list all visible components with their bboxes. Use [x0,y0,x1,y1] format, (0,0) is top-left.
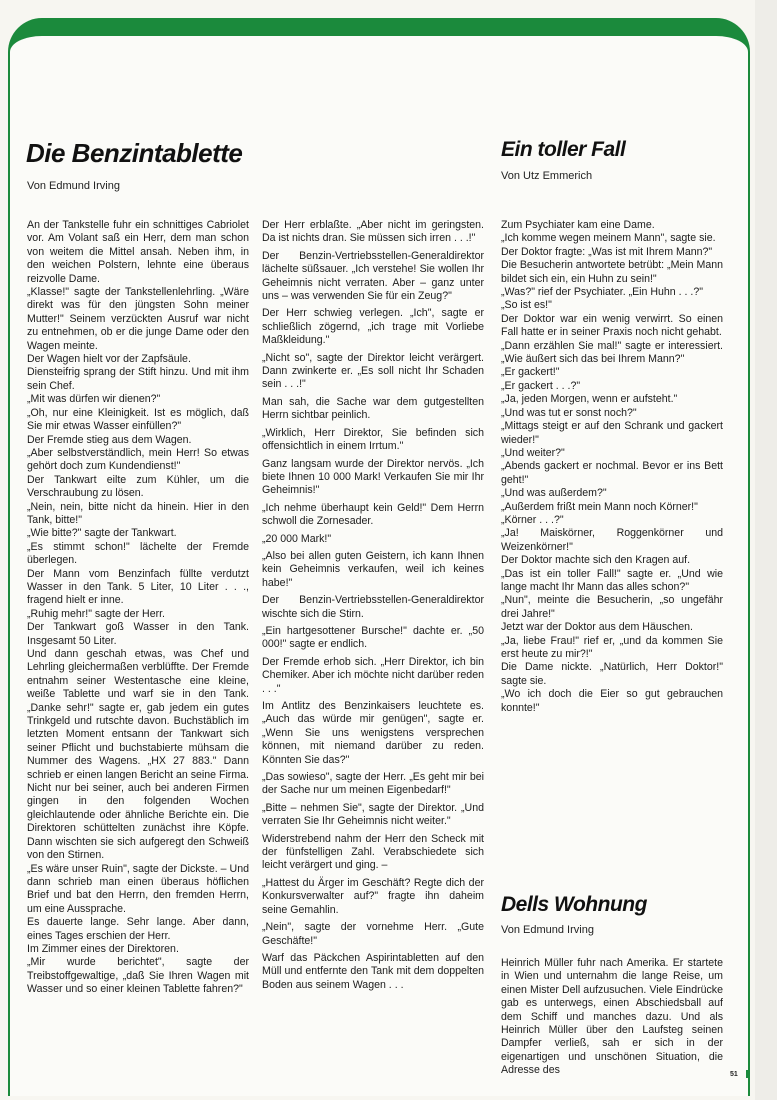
paragraph: Jetzt war der Doktor aus dem Häuschen. [501,621,723,634]
paragraph: „Hattest du Ärger im Geschäft? Regte dic… [262,877,484,917]
paragraph: „Dann erzählen Sie mal!" sagte er intere… [501,340,723,367]
paragraph: Heinrich Müller fuhr nach Amerika. Er st… [501,957,723,1078]
paragraph: Und dann geschah etwas, was Chef und Leh… [27,648,249,863]
paragraph: Der Mann vom Benzinfach füllte verdutzt … [27,568,249,608]
paragraph: „Nicht so", sagte der Direktor leicht ve… [262,352,484,392]
paragraph: Der Herr schwieg verlegen. „Ich", sagte … [262,307,484,347]
paragraph: Es dauerte lange. Sehr lange. Aber dann,… [27,916,249,943]
paragraph: „Wie bitte?" sagte der Tankwart. [27,527,249,540]
paragraph: „Also bei allen guten Geistern, ich kann… [262,550,484,590]
paragraph: Der Wagen hielt vor der Zapfsäule. [27,353,249,366]
frame-tail [746,1070,748,1078]
story-title-toller-fall: Ein toller Fall [501,138,625,162]
paragraph: Der Herr erblaßte. „Aber nicht im gering… [262,219,484,246]
paragraph: Die Besucherin antwortete betrübt: „Mein… [501,259,723,286]
story-column-4: Heinrich Müller fuhr nach Amerika. Er st… [501,957,723,1078]
story-byline-dells-wohnung: Von Edmund Irving [501,924,594,936]
paragraph: „Klasse!" sagte der Tankstellenlehrling.… [27,286,249,353]
paragraph: Der Doktor machte sich den Kragen auf. [501,554,723,567]
paragraph: Der Benzin-Vertriebsstellen-Generaldirek… [262,250,484,304]
paragraph: „Und was tut er sonst noch?" [501,407,723,420]
paragraph: „Außerdem frißt mein Mann noch Körner!" [501,501,723,514]
paragraph: Der Benzin-Vertriebsstellen-Generaldirek… [262,594,484,621]
paragraph: Warf das Päckchen Aspirintabletten auf d… [262,952,484,992]
paragraph: „So ist es!" [501,299,723,312]
paragraph: „Ja, jeden Morgen, wenn er aufsteht." [501,393,723,406]
paragraph: „20 000 Mark!" [262,533,484,546]
paragraph: Der Doktor fragte: „Was ist mit Ihrem Ma… [501,246,723,259]
paragraph: „Und was außerdem?" [501,487,723,500]
paragraph: „Das ist ein toller Fall!" sagte er. „Un… [501,568,723,595]
paragraph: „Er gackert!" [501,366,723,379]
paragraph: „Wo ich doch die Eier so gut gebrauchen … [501,688,723,715]
paragraph: Der Doktor war ein wenig verwirrt. So ei… [501,313,723,340]
paragraph: „Oh, nur eine Kleinigkeit. Ist es möglic… [27,407,249,434]
story-title-dells-wohnung: Dells Wohnung [501,893,647,917]
paragraph: „Ruhig mehr!" sagte der Herr. [27,608,249,621]
paragraph: „Was?" rief der Psychiater. „Ein Huhn . … [501,286,723,299]
paragraph: „Ich nehme überhaupt kein Geld!" Dem Her… [262,502,484,529]
paragraph: Der Fremde stieg aus dem Wagen. [27,434,249,447]
paragraph: „Es wäre unser Ruin", sagte der Dickste.… [27,863,249,917]
page-number: 51 [730,1071,738,1078]
paragraph: „Mit was dürfen wir dienen?" [27,393,249,406]
paragraph: Der Tankwart eilte zum Kühler, um die Ve… [27,474,249,501]
story-title-benzintablette: Die Benzintablette [26,138,242,169]
paragraph: „Bitte – nehmen Sie", sagte der Direktor… [262,802,484,829]
paragraph: „Wirklich, Herr Direktor, Sie befinden s… [262,427,484,454]
paragraph: „Das sowieso", sagte der Herr. „Es geht … [262,771,484,798]
paragraph: „Mir wurde berichtet", sagte der Treibst… [27,956,249,996]
paragraph: Der Tankwart goß Wasser in den Tank. Ins… [27,621,249,648]
paragraph: „Nun", meinte die Besucherin, „so ungefä… [501,594,723,621]
paragraph: Im Antlitz des Benzinkaisers leuchtete e… [262,700,484,767]
paragraph: „Ich komme wegen meinem Mann", sagte sie… [501,232,723,245]
paragraph: „Ein hartgesottener Bursche!" dachte er.… [262,625,484,652]
paragraph: Die Dame nickte. „Natürlich, Herr Doktor… [501,661,723,688]
story-column-3: Zum Psychiater kam eine Dame.„Ich komme … [501,219,723,715]
paragraph: An der Tankstelle fuhr ein schnittiges C… [27,219,249,286]
paragraph: Ganz langsam wurde der Direktor nervös. … [262,458,484,498]
paragraph: „Nein", sagte der vornehme Herr. „Gute G… [262,921,484,948]
story-byline-toller-fall: Von Utz Emmerich [501,170,592,182]
paragraph: „Ja, liebe Frau!" rief er, „und da komme… [501,635,723,662]
paragraph: Man sah, die Sache war dem gutgestellten… [262,396,484,423]
paragraph: Zum Psychiater kam eine Dame. [501,219,723,232]
paragraph: Diensteifrig sprang der Stift hinzu. Und… [27,366,249,393]
paragraph: Im Zimmer eines der Direktoren. [27,943,249,956]
paragraph: „Abends gackert er nochmal. Bevor er ins… [501,460,723,487]
paragraph: „Es stimmt schon!" lächelte der Fremde ü… [27,541,249,568]
paragraph: „Und weiter?" [501,447,723,460]
paragraph: „Aber selbstverständlich, mein Herr! So … [27,447,249,474]
paragraph: Widerstrebend nahm der Herr den Scheck m… [262,833,484,873]
paragraph: „Mittags steigt er auf den Schrank und g… [501,420,723,447]
paragraph: „Ja! Maiskörner, Roggenkörner und Weizen… [501,527,723,554]
story-column-2: Der Herr erblaßte. „Aber nicht im gering… [262,219,484,992]
story-column-1: An der Tankstelle fuhr ein schnittiges C… [27,219,249,997]
paragraph: „Er gackert . . .?" [501,380,723,393]
paragraph: „Nein, nein, bitte nicht da hinein. Hier… [27,501,249,528]
paragraph: „Körner . . .?" [501,514,723,527]
story-byline-benzintablette: Von Edmund Irving [27,180,120,192]
page-edge [755,0,777,1100]
paragraph: Der Fremde erhob sich. „Herr Direktor, i… [262,656,484,696]
